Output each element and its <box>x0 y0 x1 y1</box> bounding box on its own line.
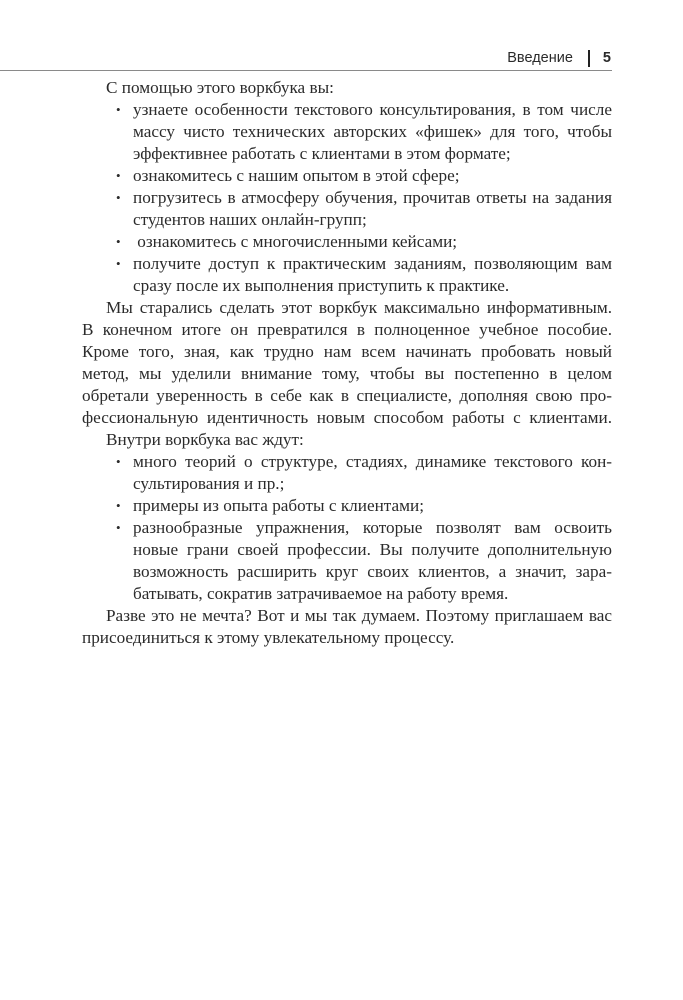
paragraph: Разве это не мечта? Вот и мы так думаем.… <box>82 605 612 649</box>
body-text: С помощью этого воркбука вы: •узнаете ос… <box>82 77 612 649</box>
paragraph-line: фессиональную идентичность новым способо… <box>82 407 612 429</box>
paragraph-line: В конечном итоге он превратился в полноц… <box>82 319 612 341</box>
list-item-text: много теорий о структуре, стадиях, динам… <box>133 451 612 473</box>
list-item: •ознакомитесь с нашим опытом в этой сфер… <box>82 165 612 187</box>
header-rule <box>0 70 612 71</box>
section-title: Введение <box>507 50 573 66</box>
paragraph: Мы старались сделать этот воркбук максим… <box>82 297 612 429</box>
list-item-text: ознакомитесь с многочисленными кейсами; <box>133 232 457 251</box>
bullet-icon: • <box>116 495 121 517</box>
list-item-text: студентов наших онлайн-групп; <box>133 210 367 229</box>
book-page: Введение 5 С помощью этого воркбука вы: … <box>0 0 683 1000</box>
list-item: •много теорий о структуре, стадиях, дина… <box>82 451 612 495</box>
bullet-list: •много теорий о структуре, стадиях, дина… <box>82 451 612 605</box>
list-item: •погрузитесь в атмосферу обучения, прочи… <box>82 187 612 231</box>
list-item-text: новые грани своей профессии. Вы получите… <box>133 539 612 561</box>
page-number: 5 <box>603 50 611 66</box>
list-item-text: массу чисто технических авторских «фишек… <box>133 121 612 143</box>
intro-line: Внутри воркбука вас ждут: <box>82 429 612 451</box>
bullet-list: •узнаете особенности текстового консульт… <box>82 99 612 297</box>
list-item-text: сразу после их выполнения приступить к п… <box>133 276 509 295</box>
paragraph-line: Мы старались сделать этот воркбук максим… <box>82 297 612 319</box>
bullet-icon: • <box>116 187 121 209</box>
bullet-icon: • <box>116 165 121 187</box>
bullet-icon: • <box>116 231 121 253</box>
bullet-icon: • <box>116 253 121 275</box>
list-item-text: эффективнее работать с клиентами в этом … <box>133 144 511 163</box>
list-item-text: разнообразные упражнения, которые позвол… <box>133 517 612 539</box>
list-item-text: погрузитесь в атмосферу обучения, прочит… <box>133 187 612 209</box>
bullet-icon: • <box>116 451 121 473</box>
list-item-text: возможность расширить круг своих клиенто… <box>133 561 612 583</box>
list-item: •получите доступ к практическим заданиям… <box>82 253 612 297</box>
paragraph-line: присоединиться к этому увлекательному пр… <box>82 627 612 649</box>
paragraph-line: обретали уверенность в себе как в специа… <box>82 385 612 407</box>
list-item-text: примеры из опыта работы с клиентами; <box>133 496 424 515</box>
paragraph-line: Кроме того, зная, как трудно нам всем на… <box>82 341 612 363</box>
list-item-text: узнаете особенности текстового консульти… <box>133 99 612 121</box>
list-item-text: ознакомитесь с нашим опытом в этой сфере… <box>133 166 460 185</box>
list-item-text: получите доступ к практическим заданиям,… <box>133 253 612 275</box>
list-item-text: батывать, сократив затрачиваемое на рабо… <box>133 584 508 603</box>
bullet-icon: • <box>116 99 121 121</box>
list-item-text: сультирования и пр.; <box>133 474 284 493</box>
running-head: Введение 5 <box>507 48 611 68</box>
list-item: • ознакомитесь с многочисленными кейсами… <box>82 231 612 253</box>
bullet-icon: • <box>116 517 121 539</box>
paragraph-line: метод, мы уделили внимание тому, чтобы в… <box>82 363 612 385</box>
header-separator <box>588 50 590 67</box>
list-item: •примеры из опыта работы с клиентами; <box>82 495 612 517</box>
list-item: •разнообразные упражнения, которые позво… <box>82 517 612 605</box>
list-item: •узнаете особенности текстового консульт… <box>82 99 612 165</box>
paragraph-line: Разве это не мечта? Вот и мы так думаем.… <box>82 605 612 627</box>
intro-line: С помощью этого воркбука вы: <box>82 77 612 99</box>
